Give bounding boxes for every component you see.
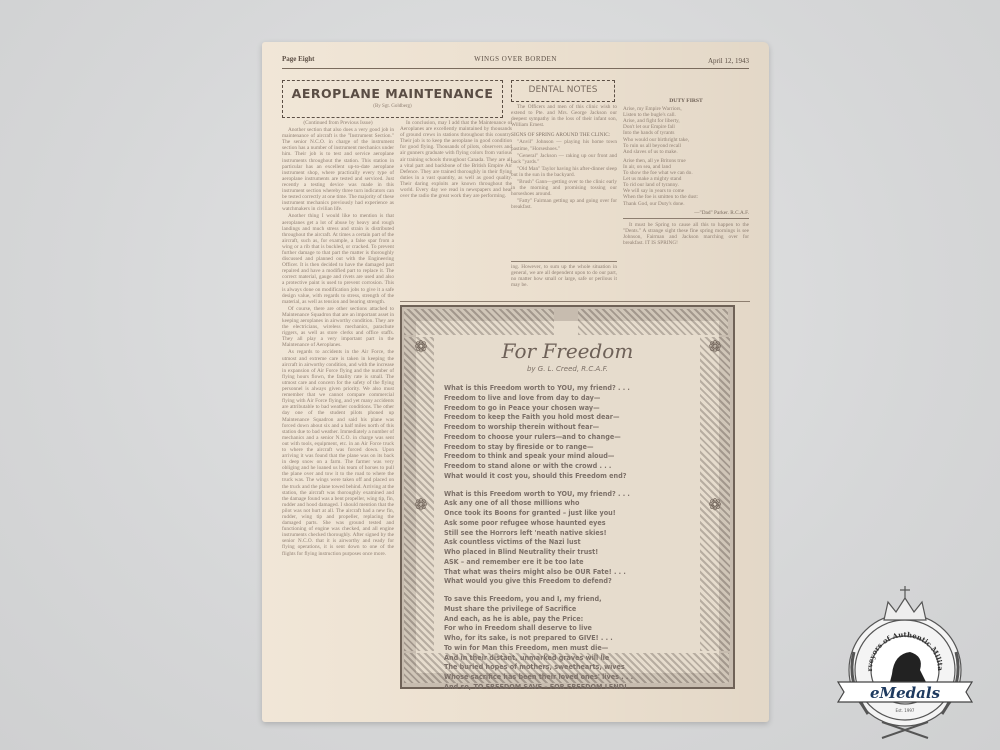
verse-line: The buried hopes of mothers, sweethearts… <box>444 662 704 672</box>
aeroplane-paragraph: Another thing I would like to mention is… <box>282 213 394 304</box>
verse-line: Ask some poor refugee whose haunted eyes <box>444 518 704 528</box>
duty-stanza: Arise, my Empire Warriors,Listen to the … <box>623 106 749 155</box>
dental-intro: The Officers and men of this clinic wish… <box>511 104 617 128</box>
aeroplane-column-2: In conclusion, may I add that the Mainte… <box>400 120 512 260</box>
duty-first-stanzas: Arise, my Empire Warriors,Listen to the … <box>623 106 749 207</box>
verse-line: Ask any one of all those millions who <box>444 498 704 508</box>
duty-stanza: Arise then, all ye Britons trueIn air, o… <box>623 158 749 207</box>
svg-text:Est. 1997: Est. 1997 <box>896 708 915 713</box>
aeroplane-headline-box: AEROPLANE MAINTENANCE (By Sgt. Goldberg) <box>282 80 503 118</box>
verse-line: What is this Freedom worth to YOU, my fr… <box>444 489 704 499</box>
verse-line: Once took its Boons for granted – just l… <box>444 508 704 518</box>
poster-stanza: What is this Freedom worth to YOU, my fr… <box>444 489 704 587</box>
spring-ending: It must be Spring to cause all this to h… <box>623 222 749 272</box>
verse-line: Freedom to live and love from day to day… <box>444 393 704 403</box>
duty-first-signature: —"Dad" Parker, R.C.A.F. <box>623 210 749 214</box>
verse-line: Freedom to stand alone or with the crowd… <box>444 461 704 471</box>
verse-line: What would you give this Freedom to defe… <box>444 576 704 586</box>
aeroplane-paragraph: In conclusion, may I add that the Mainte… <box>400 120 512 199</box>
poster-title: For Freedom <box>402 339 733 363</box>
verse-line: Freedom to worship therein without fear— <box>444 422 704 432</box>
dental-closing-text: ing. However, to sum up the whole situat… <box>511 264 617 288</box>
spring-item: "Anvil" Johnson — playing his home town … <box>511 139 617 151</box>
verse-line: And each, as he is able, pay the Price: <box>444 614 704 624</box>
aeroplane-title: AEROPLANE MAINTENANCE <box>283 86 502 101</box>
issue-date: April 12, 1943 <box>708 57 749 65</box>
verse-line: Who placed in Blind Neutrality their tru… <box>444 547 704 557</box>
poster-verses: What is this Freedom worth to YOU, my fr… <box>444 383 704 700</box>
poster-stanza: To save this Freedom, you and I, my frie… <box>444 594 704 692</box>
dental-closing: ing. However, to sum up the whole situat… <box>511 264 617 300</box>
aeroplane-paragraph: Of course, there are other sections atta… <box>282 306 394 349</box>
duty-first-title: DUTY FIRST <box>623 98 749 104</box>
spring-item: "Fatty" Fairman getting up and going ove… <box>511 198 617 210</box>
verse-line: Whose sacrifice has been their loved one… <box>444 672 704 682</box>
masthead: Page Eight WINGS OVER BORDEN April 12, 1… <box>282 52 749 69</box>
poster-stanza: What is this Freedom worth to YOU, my fr… <box>444 383 704 481</box>
verse-line: What would it cost you, should this Free… <box>444 471 704 481</box>
verse-line: And so, TO FREEDOM SAVE – FOR FREEDOM LE… <box>444 682 704 692</box>
spring-item: "Old Man" Taylor having his after-dinner… <box>511 166 617 178</box>
for-freedom-poster: ❁ ❁ ❁ ❁ For Freedom by G. L. Creed, R.C.… <box>400 305 735 689</box>
verse-line: Freedom to choose your rulers—and to cha… <box>444 432 704 442</box>
verse-line: And in their distant, unmarked graves wi… <box>444 653 704 663</box>
poster-byline: by G. L. Creed, R.C.A.F. <box>402 365 733 373</box>
spring-item: "Brush" Gann—getting over to the clinic … <box>511 179 617 197</box>
banknote-border <box>404 309 554 335</box>
verse-line: Must share the privilege of Sacrifice <box>444 604 704 614</box>
dental-notes-column: The Officers and men of this clinic wish… <box>511 104 617 260</box>
poem-line: Thank God, our Duty's done. <box>623 201 749 207</box>
aeroplane-byline: (By Sgt. Goldberg) <box>283 104 502 109</box>
emedals-watermark-logo: eMedals Est. 1997 Purveyors of Authentic… <box>832 582 978 742</box>
poem-line: And slaves of us to make. <box>623 149 749 155</box>
maple-leaf-icon: ❁ <box>412 497 430 515</box>
verse-line: Freedom to go in Peace your chosen way— <box>444 403 704 413</box>
maple-leaf-icon: ❁ <box>706 497 724 515</box>
section-rule <box>400 301 750 302</box>
column-rule <box>623 218 749 219</box>
verse-line: What is this Freedom worth to YOU, my fr… <box>444 383 704 393</box>
newspaper-page: Page Eight WINGS OVER BORDEN April 12, 1… <box>262 42 769 722</box>
verse-line: To save this Freedom, you and I, my frie… <box>444 594 704 604</box>
svg-text:eMedals: eMedals <box>870 684 941 702</box>
spring-item: "General" Jackson — raking up our front … <box>511 153 617 165</box>
banknote-border <box>578 309 728 335</box>
continued-note: (Continued from Previous Issue) <box>282 120 394 126</box>
verse-line: Freedom to stay by fireside or to range— <box>444 442 704 452</box>
verse-line: To win for Man this Freedom, men must di… <box>444 643 704 653</box>
dental-title: DENTAL NOTES <box>512 85 614 95</box>
aeroplane-column-1: (Continued from Previous Issue) Another … <box>282 120 394 710</box>
banknote-border <box>404 337 434 651</box>
verse-line: Who, for its sake, is not prepared to GI… <box>444 633 704 643</box>
paper-title: WINGS OVER BORDEN <box>282 55 749 63</box>
verse-line: For who in Freedom shall deserve to live <box>444 623 704 633</box>
duty-first-poem: DUTY FIRST Arise, my Empire Warriors,Lis… <box>623 98 749 214</box>
verse-line: Freedom to keep the Faith you hold most … <box>444 412 704 422</box>
dental-headline-box: DENTAL NOTES <box>511 80 615 102</box>
aeroplane-paragraph: Another section that also does a very go… <box>282 127 394 212</box>
verse-line: Ask countless victims of the Nazi lust <box>444 537 704 547</box>
spring-ending-text: It must be Spring to cause all this to h… <box>623 222 749 246</box>
banknote-border <box>700 337 730 651</box>
spring-heading: SIGNS OF SPRING AROUND THE CLINIC: <box>511 132 617 138</box>
verse-line: ASK – and remember ere it be too late <box>444 557 704 567</box>
verse-line: Still see the Horrors left 'neath native… <box>444 528 704 538</box>
verse-line: Freedom to think and speak your mind alo… <box>444 451 704 461</box>
aeroplane-paragraph: As regards to accidents in the Air Force… <box>282 349 394 556</box>
column-rule <box>511 261 617 262</box>
verse-line: That what was theirs might also be OUR F… <box>444 567 704 577</box>
